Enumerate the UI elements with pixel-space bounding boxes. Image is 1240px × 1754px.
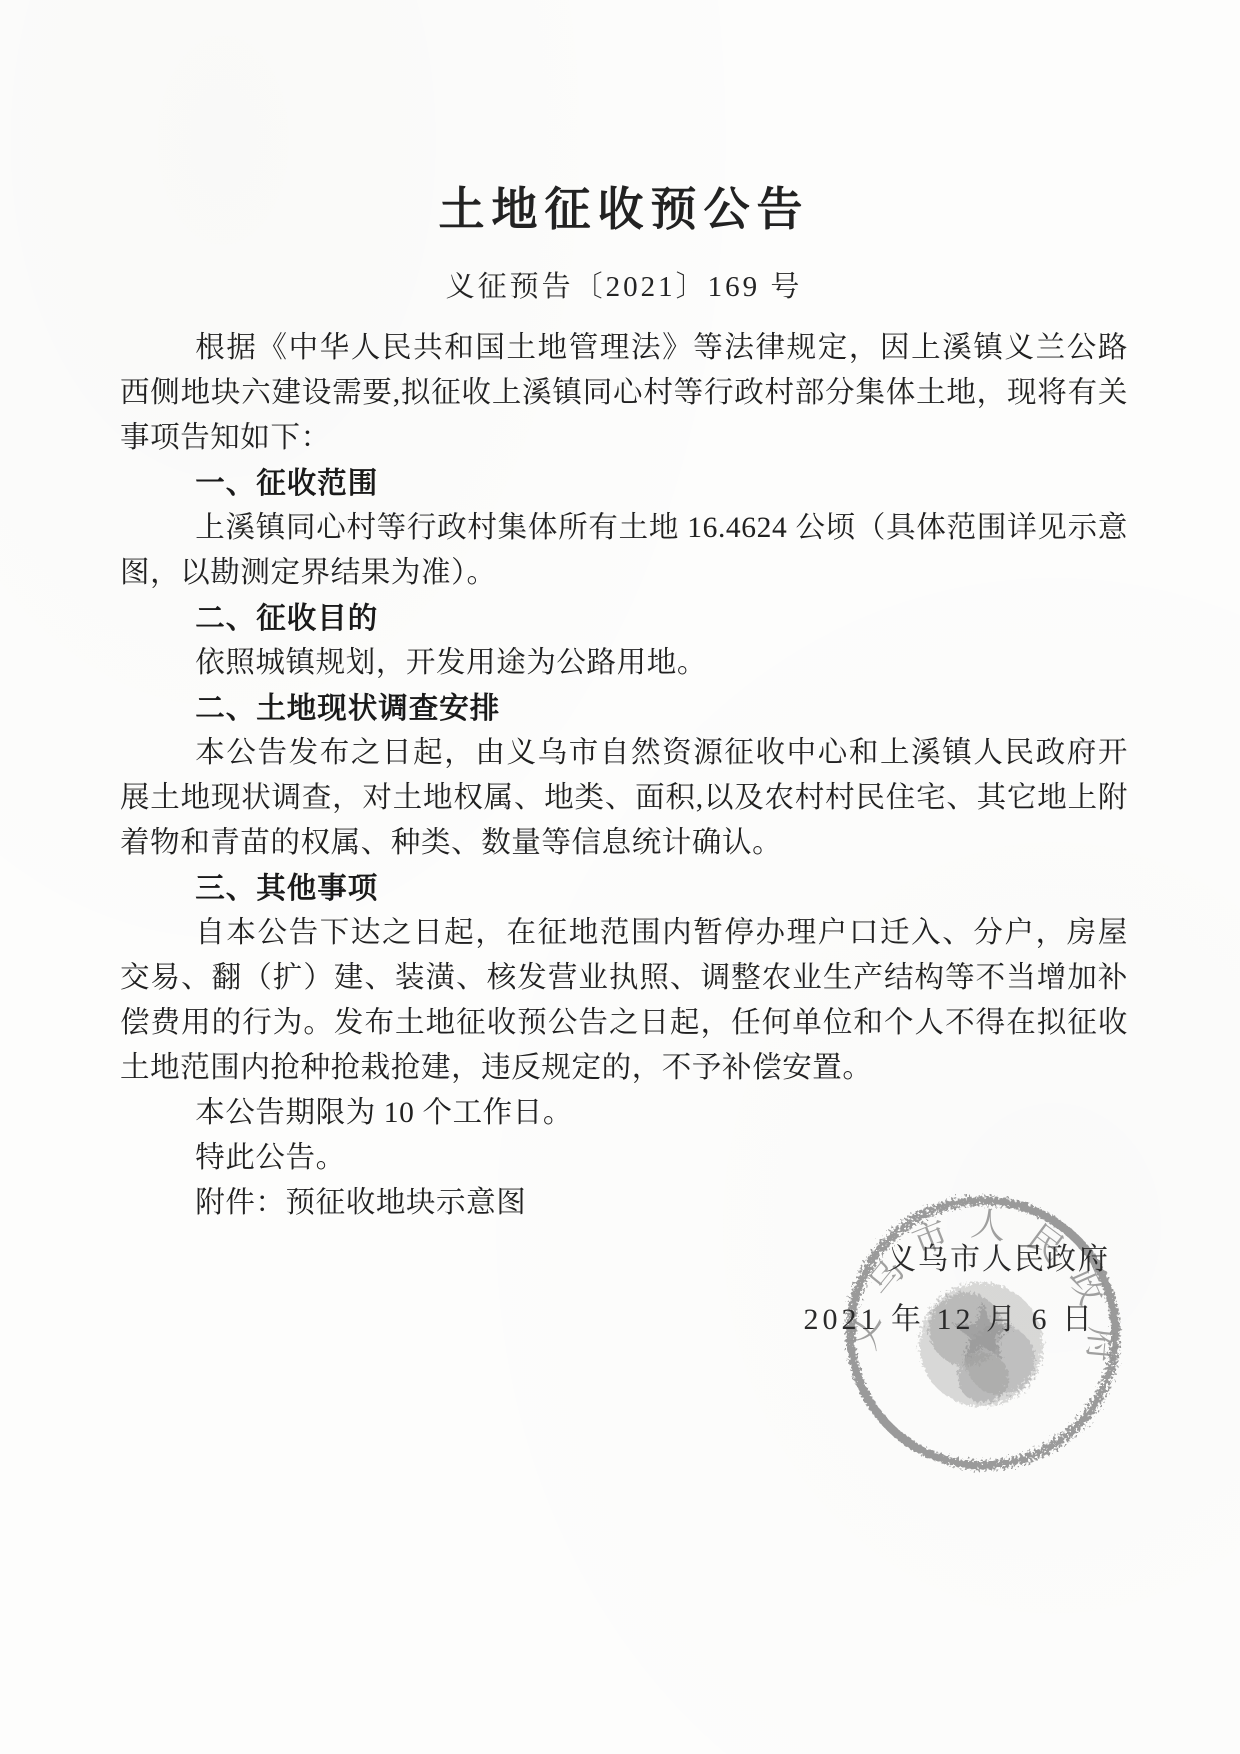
document-number: 义征预告〔2021〕169 号	[120, 268, 1128, 306]
section-heading-survey: 二、土地现状调查安排	[120, 686, 1128, 731]
document-body: 根据《中华人民共和国土地管理法》等法律规定，因上溪镇义兰公路西侧地块六建设需要,…	[120, 326, 1128, 1226]
closing-hereby-line: 特此公告。	[120, 1136, 1128, 1181]
section-heading-other: 三、其他事项	[120, 866, 1128, 911]
document-content: 土地征收预公告 义征预告〔2021〕169 号 根据《中华人民共和国土地管理法》…	[0, 0, 1240, 1342]
closing-duration-line: 本公告期限为 10 个工作日。	[120, 1091, 1128, 1136]
section-body-survey: 本公告发布之日起，由义乌市自然资源征收中心和上溪镇人民政府开展土地现状调查，对土…	[120, 731, 1128, 866]
section-body-scope: 上溪镇同心村等行政村集体所有土地 16.4624 公顷（具体范围详见示意图，以勘…	[120, 506, 1128, 596]
document-page: 土地征收预公告 义征预告〔2021〕169 号 根据《中华人民共和国土地管理法》…	[0, 0, 1240, 1754]
document-title: 土地征收预公告	[120, 178, 1128, 240]
issuer-signature: 义乌市人民政府	[120, 1238, 1128, 1282]
issue-date: 2021 年 12 月 6 日	[120, 1298, 1128, 1342]
section-heading-purpose: 二、征收目的	[120, 596, 1128, 641]
section-heading-scope: 一、征收范围	[120, 461, 1128, 506]
section-body-other: 自本公告下达之日起，在征地范围内暂停办理户口迁入、分户，房屋交易、翻（扩）建、装…	[120, 911, 1128, 1091]
intro-paragraph: 根据《中华人民共和国土地管理法》等法律规定，因上溪镇义兰公路西侧地块六建设需要,…	[120, 326, 1128, 461]
section-body-purpose: 依照城镇规划，开发用途为公路用地。	[120, 641, 1128, 686]
